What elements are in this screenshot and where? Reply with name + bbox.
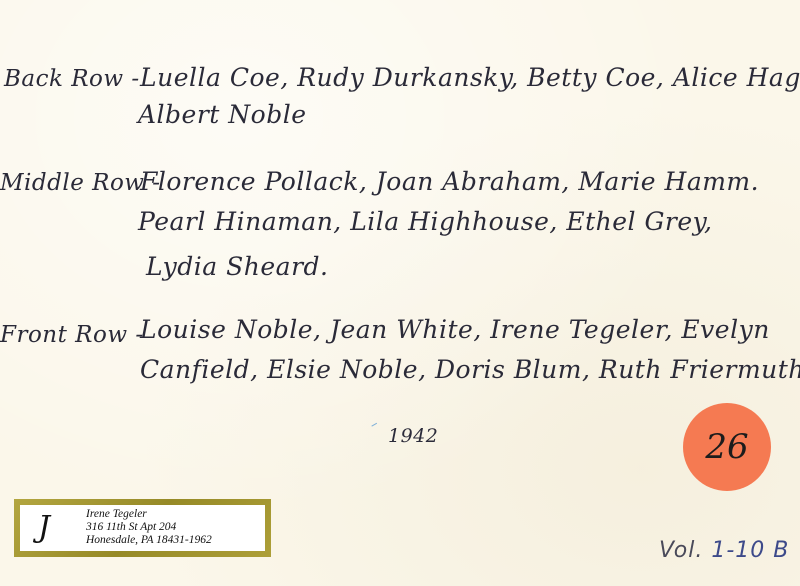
address-city: Honesdale, PA 18431-1962 bbox=[86, 534, 212, 547]
back-row-names-line-2: Albert Noble bbox=[138, 100, 307, 129]
front-row-label: Front Row - bbox=[0, 322, 144, 348]
middle-row-names-line-1: Florence Pollack, Joan Abraham, Marie Ha… bbox=[140, 167, 759, 196]
archive-volume-mark: Vol. 1-10 B bbox=[659, 538, 789, 563]
address-street: 316 11th St Apt 204 bbox=[86, 521, 212, 534]
monogram-icon: J bbox=[38, 510, 50, 545]
front-row-names-line-2: Canfield, Elsie Noble, Doris Blum, Ruth … bbox=[140, 355, 800, 384]
number-sticker: 26 bbox=[683, 403, 771, 491]
address-name: Irene Tegeler bbox=[86, 508, 212, 521]
front-row-names-line-1: Louise Noble, Jean White, Irene Tegeler,… bbox=[140, 315, 770, 344]
back-row-label: Back Row - bbox=[4, 66, 140, 92]
middle-row-names-line-3: Lydia Sheard. bbox=[146, 252, 328, 281]
volume-value: 1-10 B bbox=[711, 538, 789, 563]
back-row-names-line-1: Luella Coe, Rudy Durkansky, Betty Coe, A… bbox=[140, 63, 800, 92]
year-text: 1942 bbox=[388, 425, 438, 447]
blue-pen-mark bbox=[371, 423, 378, 429]
sticker-number: 26 bbox=[705, 427, 748, 467]
middle-row-names-line-2: Pearl Hinaman, Lila Highhouse, Ethel Gre… bbox=[138, 207, 712, 236]
address-block: Irene Tegeler 316 11th St Apt 204 Honesd… bbox=[86, 508, 212, 547]
address-label-inner: J Irene Tegeler 316 11th St Apt 204 Hone… bbox=[20, 505, 265, 551]
middle-row-label: Middle Row - bbox=[0, 170, 161, 196]
volume-prefix: Vol. bbox=[659, 538, 703, 563]
address-label: J Irene Tegeler 316 11th St Apt 204 Hone… bbox=[14, 499, 271, 557]
